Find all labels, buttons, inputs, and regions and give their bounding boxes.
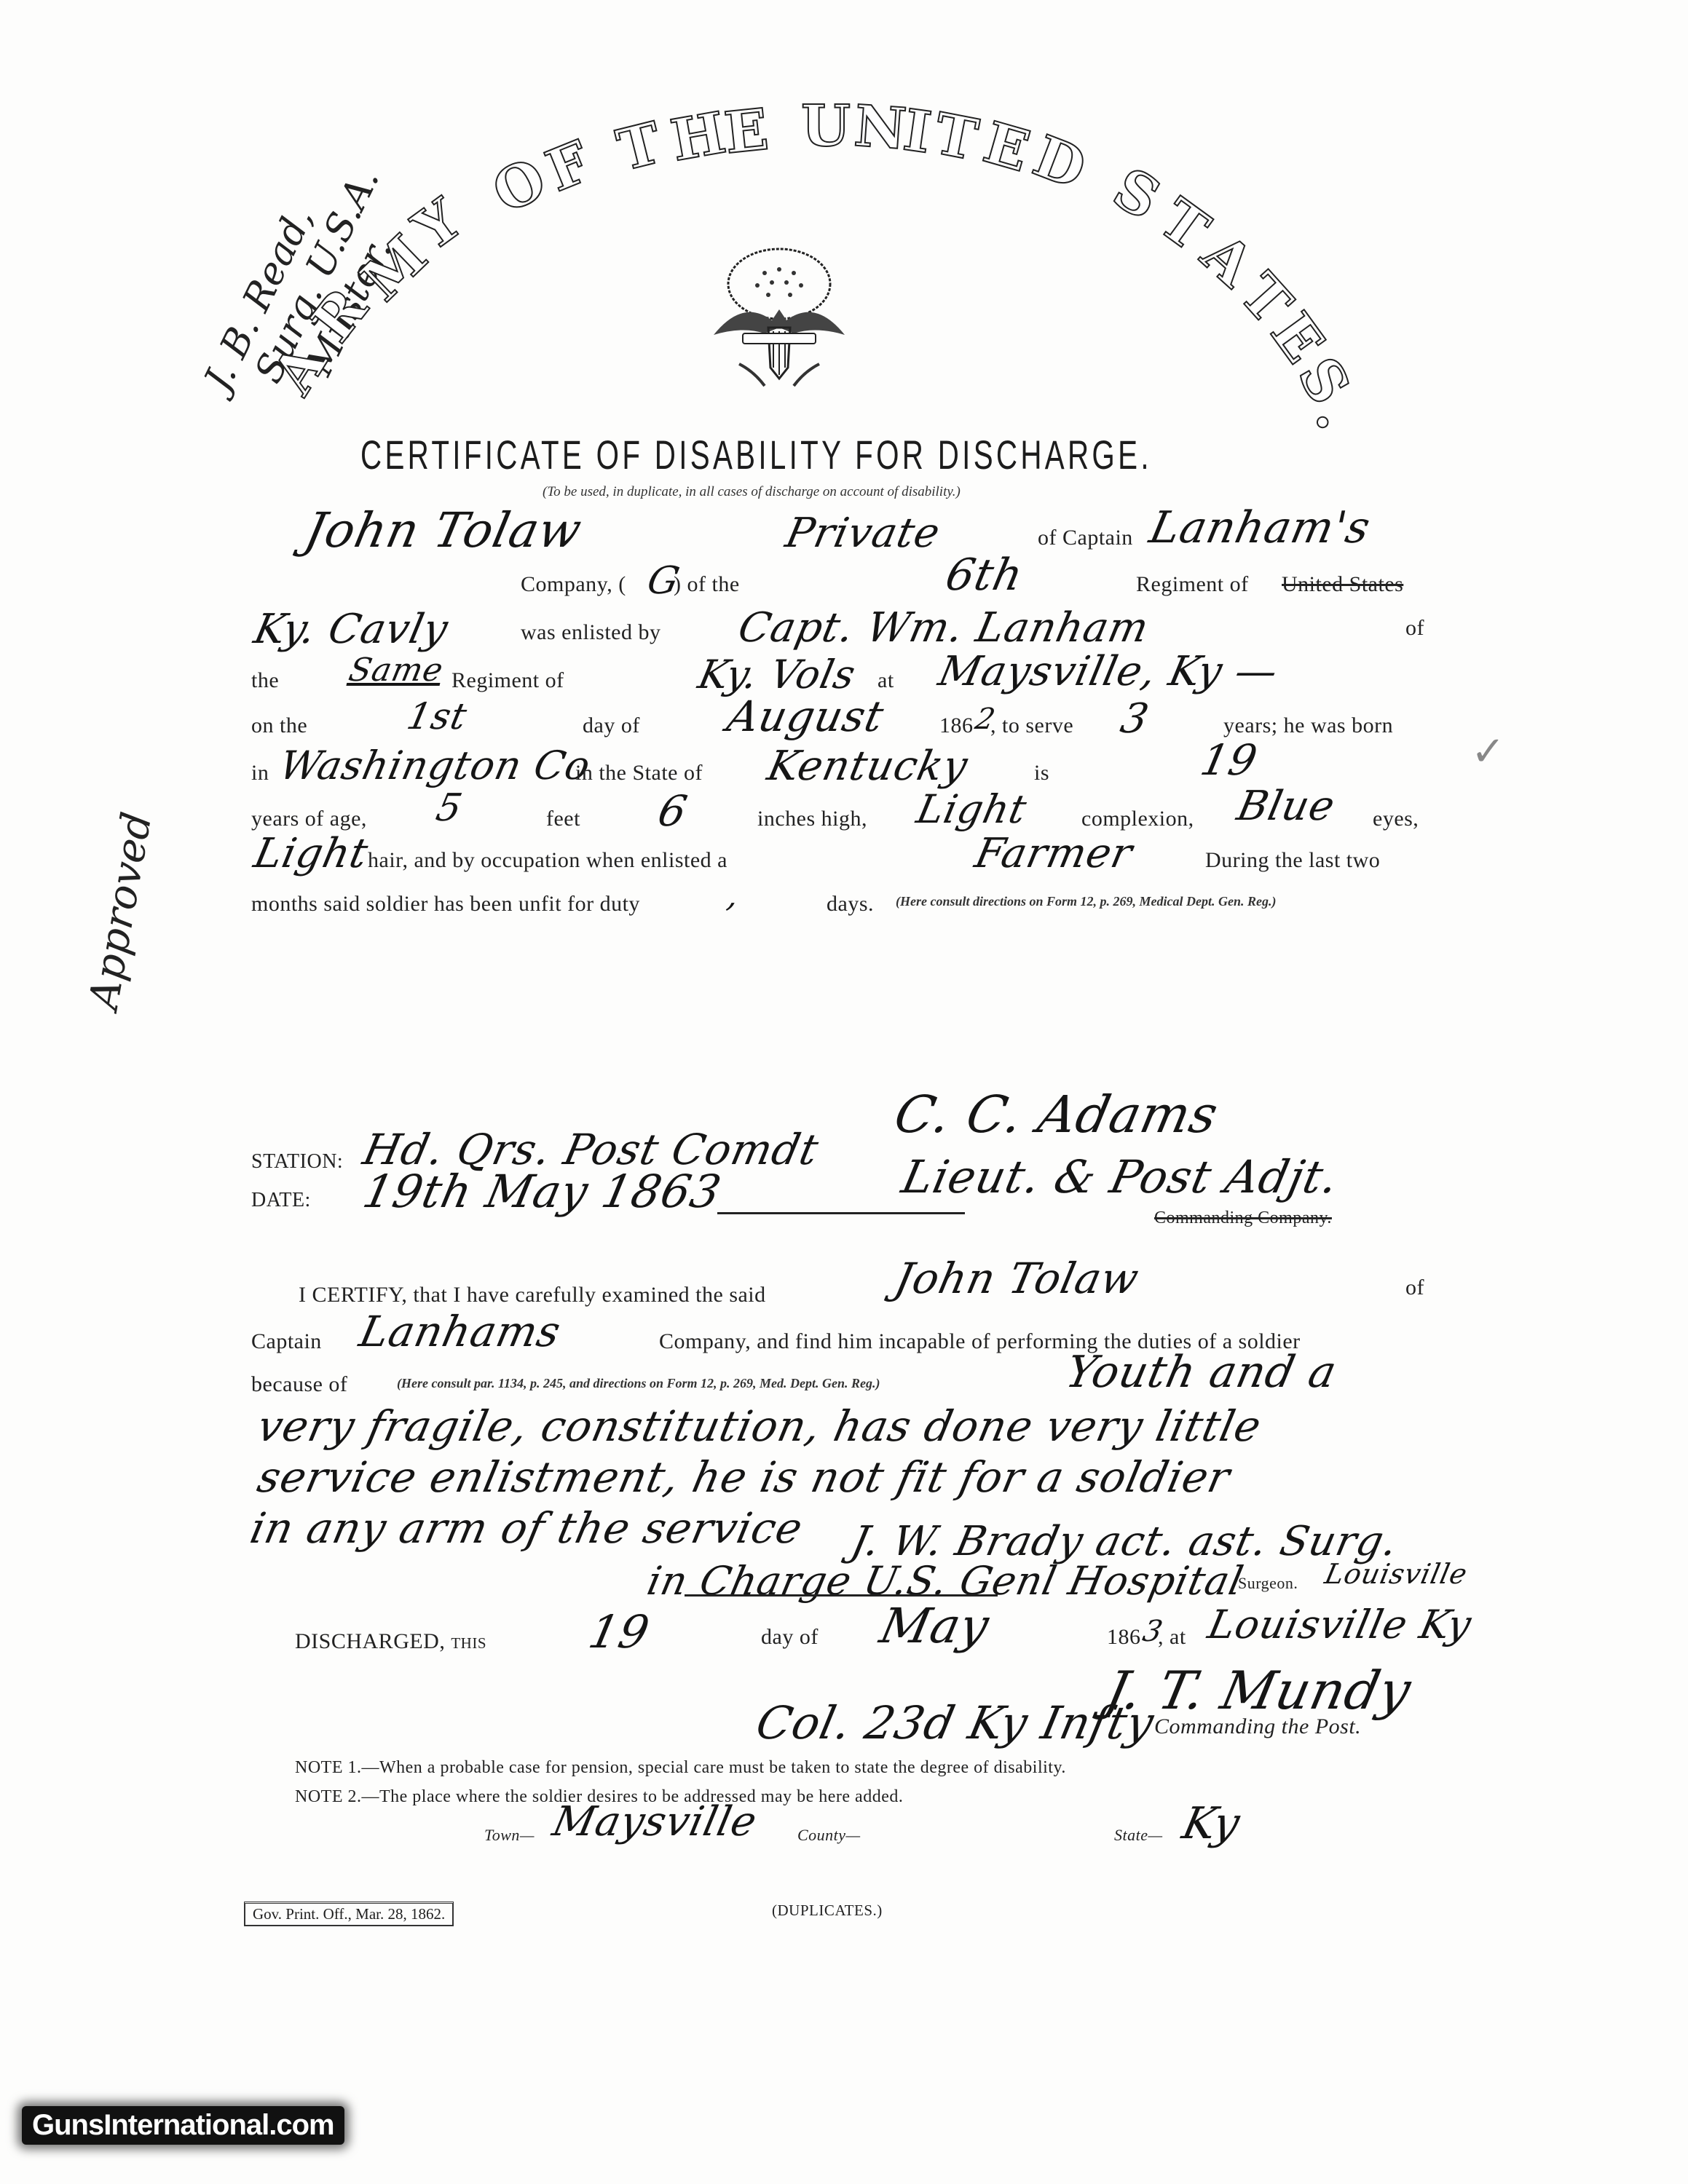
discharge-day: 19 bbox=[584, 1605, 654, 1658]
date-value: 19th May 1863 bbox=[358, 1165, 726, 1218]
struck-commanding-company: Commanding Company. bbox=[1154, 1208, 1332, 1228]
duplicates-label: (DUPLICATES.) bbox=[772, 1902, 883, 1920]
commander-regiment: Col. 23d Ky Infty bbox=[752, 1696, 1159, 1749]
check-mark-icon: ✓ bbox=[1471, 728, 1505, 775]
discharge-month: May bbox=[875, 1598, 995, 1654]
label-of-the: ) of the bbox=[674, 572, 740, 597]
label-discharge-year: 186 bbox=[1107, 1625, 1141, 1650]
struck-united-states: United States bbox=[1282, 572, 1403, 597]
enlist-day: 1st bbox=[403, 695, 471, 737]
town-value: Maysville bbox=[548, 1798, 761, 1845]
label-captain: Captain bbox=[251, 1329, 322, 1354]
label-days: days. bbox=[827, 892, 874, 917]
birthplace: Washington Co bbox=[275, 743, 594, 788]
reason-line-3: service enlistment, he is not fit for a … bbox=[253, 1452, 1235, 1502]
label-of-captain: of Captain bbox=[1038, 526, 1133, 550]
complexion: Light bbox=[912, 786, 1031, 832]
label-at: at bbox=[877, 668, 894, 693]
label-because-of: because of bbox=[251, 1372, 347, 1397]
page-title: CERTIFICATE OF DISABILITY FOR DISCHARGE. bbox=[360, 431, 1152, 478]
label-state-of: in the State of bbox=[575, 761, 703, 786]
par-1134-note: (Here consult par. 1134, p. 245, and dir… bbox=[397, 1376, 880, 1391]
label-company: Company, ( bbox=[521, 572, 626, 597]
certify-text-1: that I have carefully examined the said bbox=[413, 1283, 765, 1307]
serve-years: 3 bbox=[1116, 695, 1153, 743]
label-inches-high: inches high, bbox=[757, 807, 867, 831]
label-surgeon: Surgeon. bbox=[1238, 1574, 1298, 1593]
regiment-number: 6th bbox=[942, 550, 1028, 601]
height-feet: 5 bbox=[433, 786, 467, 830]
eagle-emblem-icon: E PLURIBUS UNUM bbox=[699, 240, 859, 393]
label-town: Town— bbox=[484, 1826, 535, 1845]
label-years-of-age: years of age, bbox=[251, 807, 367, 831]
label-complexion: complexion, bbox=[1081, 807, 1194, 831]
label-year-prefix: 186 bbox=[939, 713, 974, 738]
label-during-last-two: During the last two bbox=[1205, 848, 1380, 873]
enlisted-by: Capt. Wm. Lanham bbox=[734, 604, 1153, 652]
printer-imprint: Gov. Print. Off., Mar. 28, 1862. bbox=[244, 1902, 454, 1926]
page-subtitle: (To be used, in duplicate, in all cases … bbox=[543, 484, 961, 500]
label-discharge-at: , at bbox=[1158, 1625, 1186, 1650]
label-county: County— bbox=[797, 1826, 861, 1845]
surgeon-underline bbox=[685, 1594, 998, 1597]
label-years-born: years; he was born bbox=[1223, 713, 1393, 738]
age: 19 bbox=[1196, 735, 1262, 785]
regiment-vols: Ky. Vols bbox=[694, 652, 859, 697]
label-is: is bbox=[1034, 761, 1049, 786]
reason-line-1: Youth and a bbox=[1062, 1347, 1342, 1398]
enlist-place: Maysville, Ky — bbox=[934, 648, 1282, 695]
surgeon-signature-line-2: in Charge U.S. Genl Hospital bbox=[643, 1558, 1247, 1604]
watermark-logo: GunsInternational.com bbox=[22, 2106, 344, 2145]
label-to-serve: , to serve bbox=[990, 713, 1073, 738]
unfit-days: , bbox=[725, 877, 744, 914]
label-of-2: of bbox=[1405, 1275, 1424, 1300]
label-of: of bbox=[1405, 616, 1424, 641]
adjutant-title: Lieut. & Post Adjt. bbox=[897, 1150, 1344, 1203]
label-regiment-of: Regiment of bbox=[1136, 572, 1249, 597]
discharge-place: Louisville Ky bbox=[1204, 1602, 1475, 1647]
note-1: NOTE 1.—When a probable case for pension… bbox=[295, 1758, 1066, 1778]
examined-name: John Tolaw bbox=[891, 1254, 1144, 1303]
surgeon-tail: Louisville bbox=[1322, 1558, 1470, 1590]
label-enlisted-by: was enlisted by bbox=[521, 620, 660, 645]
form-12-note: (Here consult directions on Form 12, p. … bbox=[896, 894, 1276, 909]
soldier-name: John Tolaw bbox=[300, 502, 587, 558]
reason-line-4: in any arm of the service bbox=[246, 1503, 808, 1553]
margin-note-approved: Approved bbox=[80, 809, 161, 1013]
label-day-of: day of bbox=[583, 713, 640, 738]
divider-line bbox=[717, 1212, 965, 1214]
label-discharge-day-of: day of bbox=[761, 1625, 819, 1650]
regiment-name: Ky. Cavly bbox=[250, 606, 452, 653]
label-in: in bbox=[251, 761, 269, 786]
label-state: State— bbox=[1114, 1826, 1163, 1845]
birth-state: Kentucky bbox=[763, 743, 972, 790]
certify-lead: I CERTIFY, bbox=[299, 1283, 407, 1307]
label-months-unfit: months said soldier has been unfit for d… bbox=[251, 892, 640, 917]
enlist-month: August bbox=[723, 692, 888, 741]
height-inches: 6 bbox=[654, 786, 692, 836]
soldier-rank: Private bbox=[781, 510, 944, 557]
label-hair-occupation: hair, and by occupation when enlisted a bbox=[368, 848, 727, 873]
captain-name: Lanham's bbox=[1145, 502, 1376, 553]
label-on-the: on the bbox=[251, 713, 307, 738]
adjutant-signature: C. C. Adams bbox=[889, 1085, 1223, 1144]
label-discharged: DISCHARGED, this bbox=[295, 1629, 486, 1653]
label-eyes: eyes, bbox=[1373, 807, 1419, 831]
examined-captain: Lanhams bbox=[355, 1307, 566, 1356]
reason-line-2: very fragile, constitution, has done ver… bbox=[253, 1401, 1266, 1451]
date-label: DATE: bbox=[251, 1189, 311, 1212]
hair-color: Light bbox=[250, 830, 372, 877]
eye-color: Blue bbox=[1233, 783, 1339, 830]
label-regiment-of-2: Regiment of bbox=[451, 668, 564, 693]
certify-line-1: I CERTIFY, that I have carefully examine… bbox=[299, 1283, 766, 1307]
occupation: Farmer bbox=[971, 830, 1137, 877]
label-commanding-post: Commanding the Post. bbox=[1154, 1714, 1361, 1739]
same-regiment: Same bbox=[346, 652, 447, 689]
label-the: the bbox=[251, 668, 279, 693]
station-label: STATION: bbox=[251, 1150, 343, 1174]
label-feet: feet bbox=[546, 807, 580, 831]
state-value: Ky bbox=[1178, 1798, 1245, 1849]
discharge-line: DISCHARGED, this bbox=[295, 1629, 486, 1654]
